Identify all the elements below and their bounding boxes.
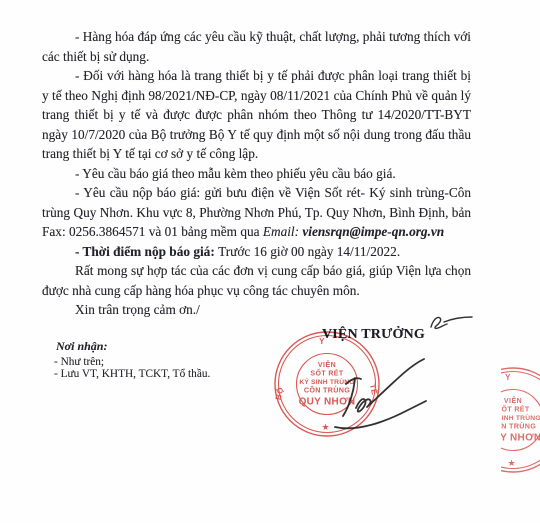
recipient-item: - Như trên;: [54, 356, 210, 368]
letter-body: - Hàng hóa đáp ứng các yêu cầu kỹ thuật,…: [42, 27, 471, 320]
paragraph-text: Xin trân trọng cảm ơn./: [75, 302, 200, 317]
deadline-label: - Thời điểm nộp báo giá:: [75, 244, 218, 259]
stamp-line-sot-ret: SỐT RÉT: [310, 368, 343, 378]
official-stamp-partial: [460, 368, 540, 472]
paragraph-thanks: Xin trân trọng cảm ơn./: [42, 300, 471, 320]
stamp-outer-ring: [275, 332, 379, 436]
paragraph-goods-requirements: - Hàng hóa đáp ứng các yêu cầu kỹ thuật,…: [42, 27, 471, 66]
stamp-line-con-trung: CÔN TRÙNG: [304, 386, 350, 395]
paragraph-text: - Đối với hàng hóa là trang thiết bị y t…: [42, 68, 471, 161]
signer-title: VIỆN TRƯỞNG: [322, 327, 425, 343]
email-label: Email:: [263, 224, 303, 239]
recipients-heading: Nơi nhận:: [56, 339, 210, 354]
stamp-line-vien: VIỆN: [318, 360, 336, 369]
paragraph-text: Rất mong sự hợp tác của các đơn vị cung …: [42, 263, 471, 298]
scanned-letter-page: - Hàng hóa đáp ứng các yêu cầu kỹ thuật,…: [0, 0, 540, 523]
signature-stroke: [335, 401, 426, 428]
signature-stroke: [343, 378, 355, 416]
paragraph-text: - Yêu cầu báo giá theo mẫu kèm theo phiế…: [75, 166, 396, 181]
stamp-second-ring: [279, 336, 376, 433]
email-address: viensrqn@impe-qn.org.vn: [302, 224, 444, 239]
signature-stroke: [356, 359, 424, 412]
paragraph-cooperation: Rất mong sự hợp tác của các đơn vị cung …: [42, 261, 471, 300]
stamp-ring-text-right: TẾ: [368, 383, 380, 396]
stamp-star-icon: ★: [321, 422, 329, 432]
stamp-line-ky-sinh-trung: KÝ SINH TRÙNG: [299, 377, 354, 386]
stamp-ring-text-left: BỘ: [274, 386, 286, 401]
signature-ink: [335, 359, 426, 428]
stamp-inner-circle: [297, 354, 358, 415]
paragraph-quote-form: - Yêu cầu báo giá theo mẫu kèm theo phiế…: [42, 164, 471, 184]
recipients-block: Nơi nhận: - Như trên; - Lưu VT, KHTH, TC…: [54, 339, 210, 381]
paragraph-deadline: - Thời điểm nộp báo giá: Trước 16 giờ 00…: [42, 242, 471, 262]
paragraph-medical-device-classification: - Đối với hàng hóa là trang thiết bị y t…: [42, 66, 471, 164]
official-stamp: BỘ Y TẾ VIỆN SỐT RÉT KÝ SINH TRÙNG CÔN T…: [274, 332, 380, 436]
paragraph-quote-submission: - Yêu cầu nộp báo giá: gửi bưu điện về V…: [42, 183, 471, 242]
signature-stroke: [346, 378, 361, 384]
recipient-item: - Lưu VT, KHTH, TCKT, Tổ thầu.: [54, 368, 210, 380]
stamp-line-quy-nhon: QUY NHƠN: [299, 397, 356, 408]
paragraph-text: - Hàng hóa đáp ứng các yêu cầu kỹ thuật,…: [42, 29, 471, 64]
deadline-value: Trước 16 giờ 00 ngày 14/11/2022.: [218, 244, 400, 259]
